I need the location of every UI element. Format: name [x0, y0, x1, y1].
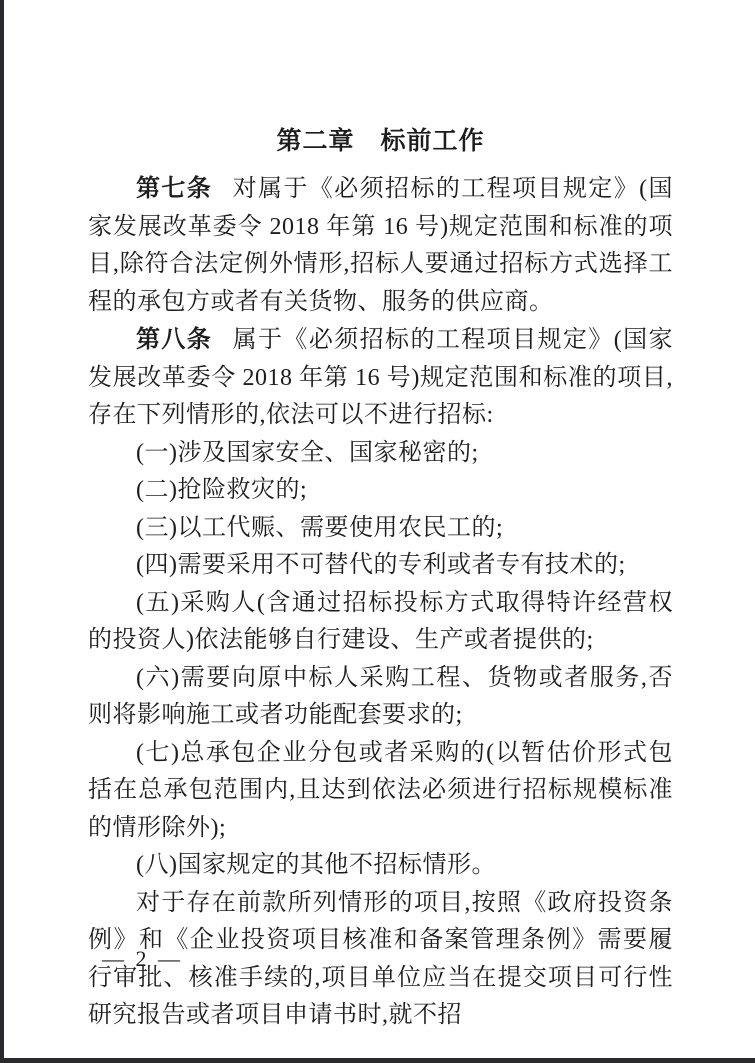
paragraph-text: (七)总承包企业分包或者采购的(以暂估价形式包括在总承包范围内,且达到依法必须进…	[88, 740, 673, 841]
chapter-heading: 第二章 标前工作	[88, 124, 673, 158]
paragraph: (一)涉及国家安全、国家秘密的;	[88, 435, 673, 473]
paragraph: 第七条对属于《必须招标的工程项目规定》(国家发展改革委令 2018 年第 16 …	[88, 170, 673, 321]
paragraph: (八)国家规定的其他不招标情形。	[88, 847, 673, 885]
paragraph: (五)采购人(含通过招标投标方式取得特许经营权的投资人)依法能够自行建设、生产或…	[88, 585, 673, 660]
paragraph-text: (一)涉及国家安全、国家秘密的;	[136, 440, 479, 466]
document-page: 第二章 标前工作 第七条对属于《必须招标的工程项目规定》(国家发展改革委令 20…	[0, 0, 755, 1063]
paragraph-text: (六)需要向原中标人采购工程、货物或者服务,否则将影响施工或者功能配套要求的;	[88, 665, 673, 729]
paragraph: (六)需要向原中标人采购工程、货物或者服务,否则将影响施工或者功能配套要求的;	[88, 660, 673, 735]
paragraph: (四)需要采用不可替代的专利或者专有技术的;	[88, 547, 673, 585]
paragraph-list: 第七条对属于《必须招标的工程项目规定》(国家发展改革委令 2018 年第 16 …	[88, 170, 673, 1035]
article-number: 第八条	[136, 326, 212, 353]
paragraph: 第八条属于《必须招标的工程项目规定》(国家发展改革委令 2018 年第 16 号…	[88, 321, 673, 435]
paragraph-text: (五)采购人(含通过招标投标方式取得特许经营权的投资人)依法能够自行建设、生产或…	[88, 590, 673, 654]
page-number: — 2 —	[102, 944, 183, 974]
bottom-edge-bar	[0, 1058, 755, 1063]
paragraph-text: (八)国家规定的其他不招标情形。	[136, 852, 496, 878]
article-number: 第七条	[136, 175, 212, 202]
paragraph-text: (四)需要采用不可替代的专利或者专有技术的;	[136, 552, 626, 578]
page-content: 第二章 标前工作 第七条对属于《必须招标的工程项目规定》(国家发展改革委令 20…	[88, 124, 673, 1035]
paragraph: (三)以工代赈、需要使用农民工的;	[88, 510, 673, 548]
paragraph: (二)抢险救灾的;	[88, 472, 673, 510]
paragraph: (七)总承包企业分包或者采购的(以暂估价形式包括在总承包范围内,且达到依法必须进…	[88, 735, 673, 848]
paragraph-text: (三)以工代赈、需要使用农民工的;	[136, 515, 503, 541]
left-edge-bar	[0, 0, 4, 1063]
paragraph-text: (二)抢险救灾的;	[136, 477, 307, 503]
